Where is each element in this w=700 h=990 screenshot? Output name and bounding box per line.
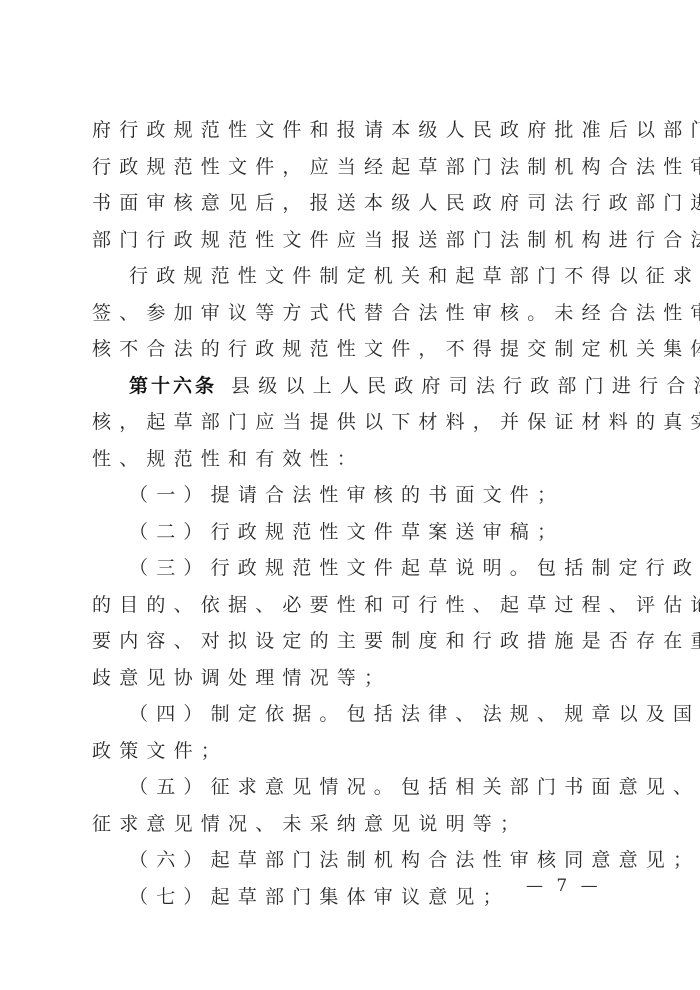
list-item: （四）制定依据。包括法律、法规、规章以及国家、省有关: [92, 696, 612, 733]
text-line: 行政规范性文件制定机关和起草部门不得以征求意见、会: [92, 258, 612, 295]
list-item: （五）征求意见情况。包括相关部门书面意见、向社会公开: [92, 769, 612, 806]
text-line: 歧意见协调处理情况等；: [92, 660, 612, 697]
text-line: 性、规范性和有效性：: [92, 441, 612, 478]
text-line: 签、参加审议等方式代替合法性审核。未经合法性审核或者经审: [92, 295, 612, 332]
text-line: 府行政规范性文件和报请本级人民政府批准后以部门名义印发的: [92, 112, 612, 149]
text-line: 征求意见情况、未采纳意见说明等；: [92, 806, 612, 843]
text-line: 部门行政规范性文件应当报送部门法制机构进行合法性审核。: [92, 222, 612, 259]
list-item: （六）起草部门法制机构合法性审核同意意见；: [92, 842, 612, 879]
list-item: （三）行政规范性文件起草说明。包括制定行政规范性文件: [92, 550, 612, 587]
text-line: 的目的、依据、必要性和可行性、起草过程、评估论证结论、主: [92, 587, 612, 624]
text-line: 书面审核意见后，报送本级人民政府司法行政部门进行合法性审核。: [92, 185, 612, 222]
text-line: 政策文件；: [92, 733, 612, 770]
document-page: 府行政规范性文件和报请本级人民政府批准后以部门名义印发的 行政规范性文件，应当经…: [0, 0, 700, 990]
article-line: 第十六条县级以上人民政府司法行政部门进行合法性审: [92, 368, 612, 405]
list-item: （二）行政规范性文件草案送审稿；: [92, 514, 612, 551]
page-number: — 7 —: [526, 876, 596, 896]
text-line: 要内容、对拟设定的主要制度和行政措施是否存在重大分歧、分: [92, 623, 612, 660]
article-label: 第十六条: [129, 375, 217, 397]
article-text: 县级以上人民政府司法行政部门进行合法性审: [231, 375, 700, 397]
body-text: 府行政规范性文件和报请本级人民政府批准后以部门名义印发的 行政规范性文件，应当经…: [92, 112, 612, 915]
text-line: 核不合法的行政规范性文件，不得提交制定机关集体讨论。: [92, 331, 612, 368]
text-line: 核，起草部门应当提供以下材料，并保证材料的真实性、完备: [92, 404, 612, 441]
text-line: 行政规范性文件，应当经起草部门法制机构合法性审核同意并出具: [92, 149, 612, 186]
list-item: （一）提请合法性审核的书面文件；: [92, 477, 612, 514]
